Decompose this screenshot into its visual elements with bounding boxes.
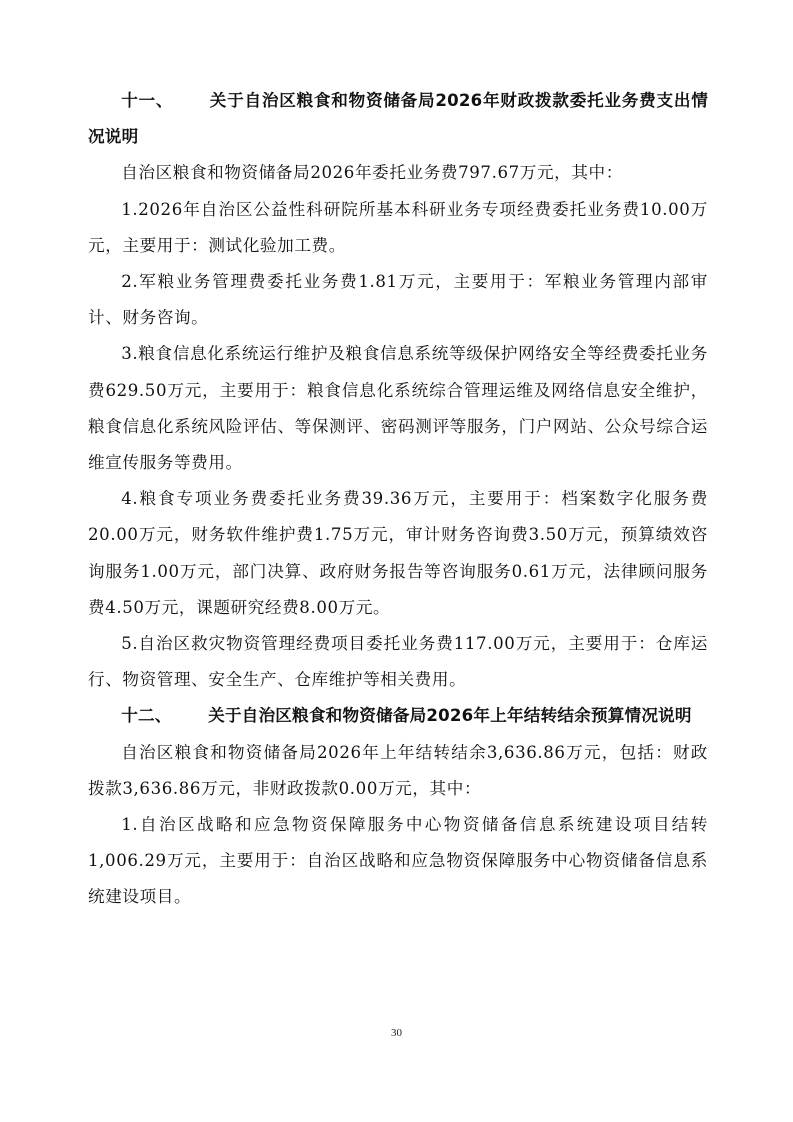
paragraph-summary: 自治区粮食和物资储备局2026年委托业务费797.67万元，其中： xyxy=(88,155,708,191)
paragraph-item-4: 4.粮食专项业务费委托业务费39.36万元，主要用于：档案数字化服务费20.00… xyxy=(88,481,708,626)
paragraph-summary: 自治区粮食和物资储备局2026年上年结转结余3,636.86万元，包括：财政拨款… xyxy=(88,735,708,807)
section-heading: 十一、关于自治区粮食和物资储备局2026年财政拨款委托业务费支出情况说明 xyxy=(88,83,708,155)
paragraph-item-2: 2.军粮业务管理费委托业务费1.81万元，主要用于：军粮业务管理内部审计、财务咨… xyxy=(88,264,708,336)
section-title: 关于自治区粮食和物资储备局2026年上年结转结余预算情况说明 xyxy=(208,706,692,725)
section-title: 关于自治区粮食和物资储备局2026年财政拨款委托业务费支出情况说明 xyxy=(88,91,708,146)
document-page: 十一、关于自治区粮食和物资储备局2026年财政拨款委托业务费支出情况说明 自治区… xyxy=(88,83,708,916)
section-number: 十一、 xyxy=(121,91,173,110)
section-twelve: 十二、关于自治区粮食和物资储备局2026年上年结转结余预算情况说明 自治区粮食和… xyxy=(88,698,708,915)
section-heading: 十二、关于自治区粮食和物资储备局2026年上年结转结余预算情况说明 xyxy=(88,698,708,734)
page-number: 30 xyxy=(0,1027,793,1039)
section-eleven: 十一、关于自治区粮食和物资储备局2026年财政拨款委托业务费支出情况说明 自治区… xyxy=(88,83,708,698)
paragraph-item-1: 1.2026年自治区公益性科研院所基本科研业务专项经费委托业务费10.00万元，… xyxy=(88,192,708,264)
section-number: 十二、 xyxy=(121,706,171,725)
paragraph-item-5: 5.自治区救灾物资管理经费项目委托业务费117.00万元，主要用于：仓库运行、物… xyxy=(88,626,708,698)
paragraph-item-1: 1.自治区战略和应急物资保障服务中心物资储备信息系统建设项目结转1,006.29… xyxy=(88,807,708,916)
paragraph-item-3: 3.粮食信息化系统运行维护及粮食信息系统等级保护网络安全等经费委托业务费629.… xyxy=(88,336,708,481)
